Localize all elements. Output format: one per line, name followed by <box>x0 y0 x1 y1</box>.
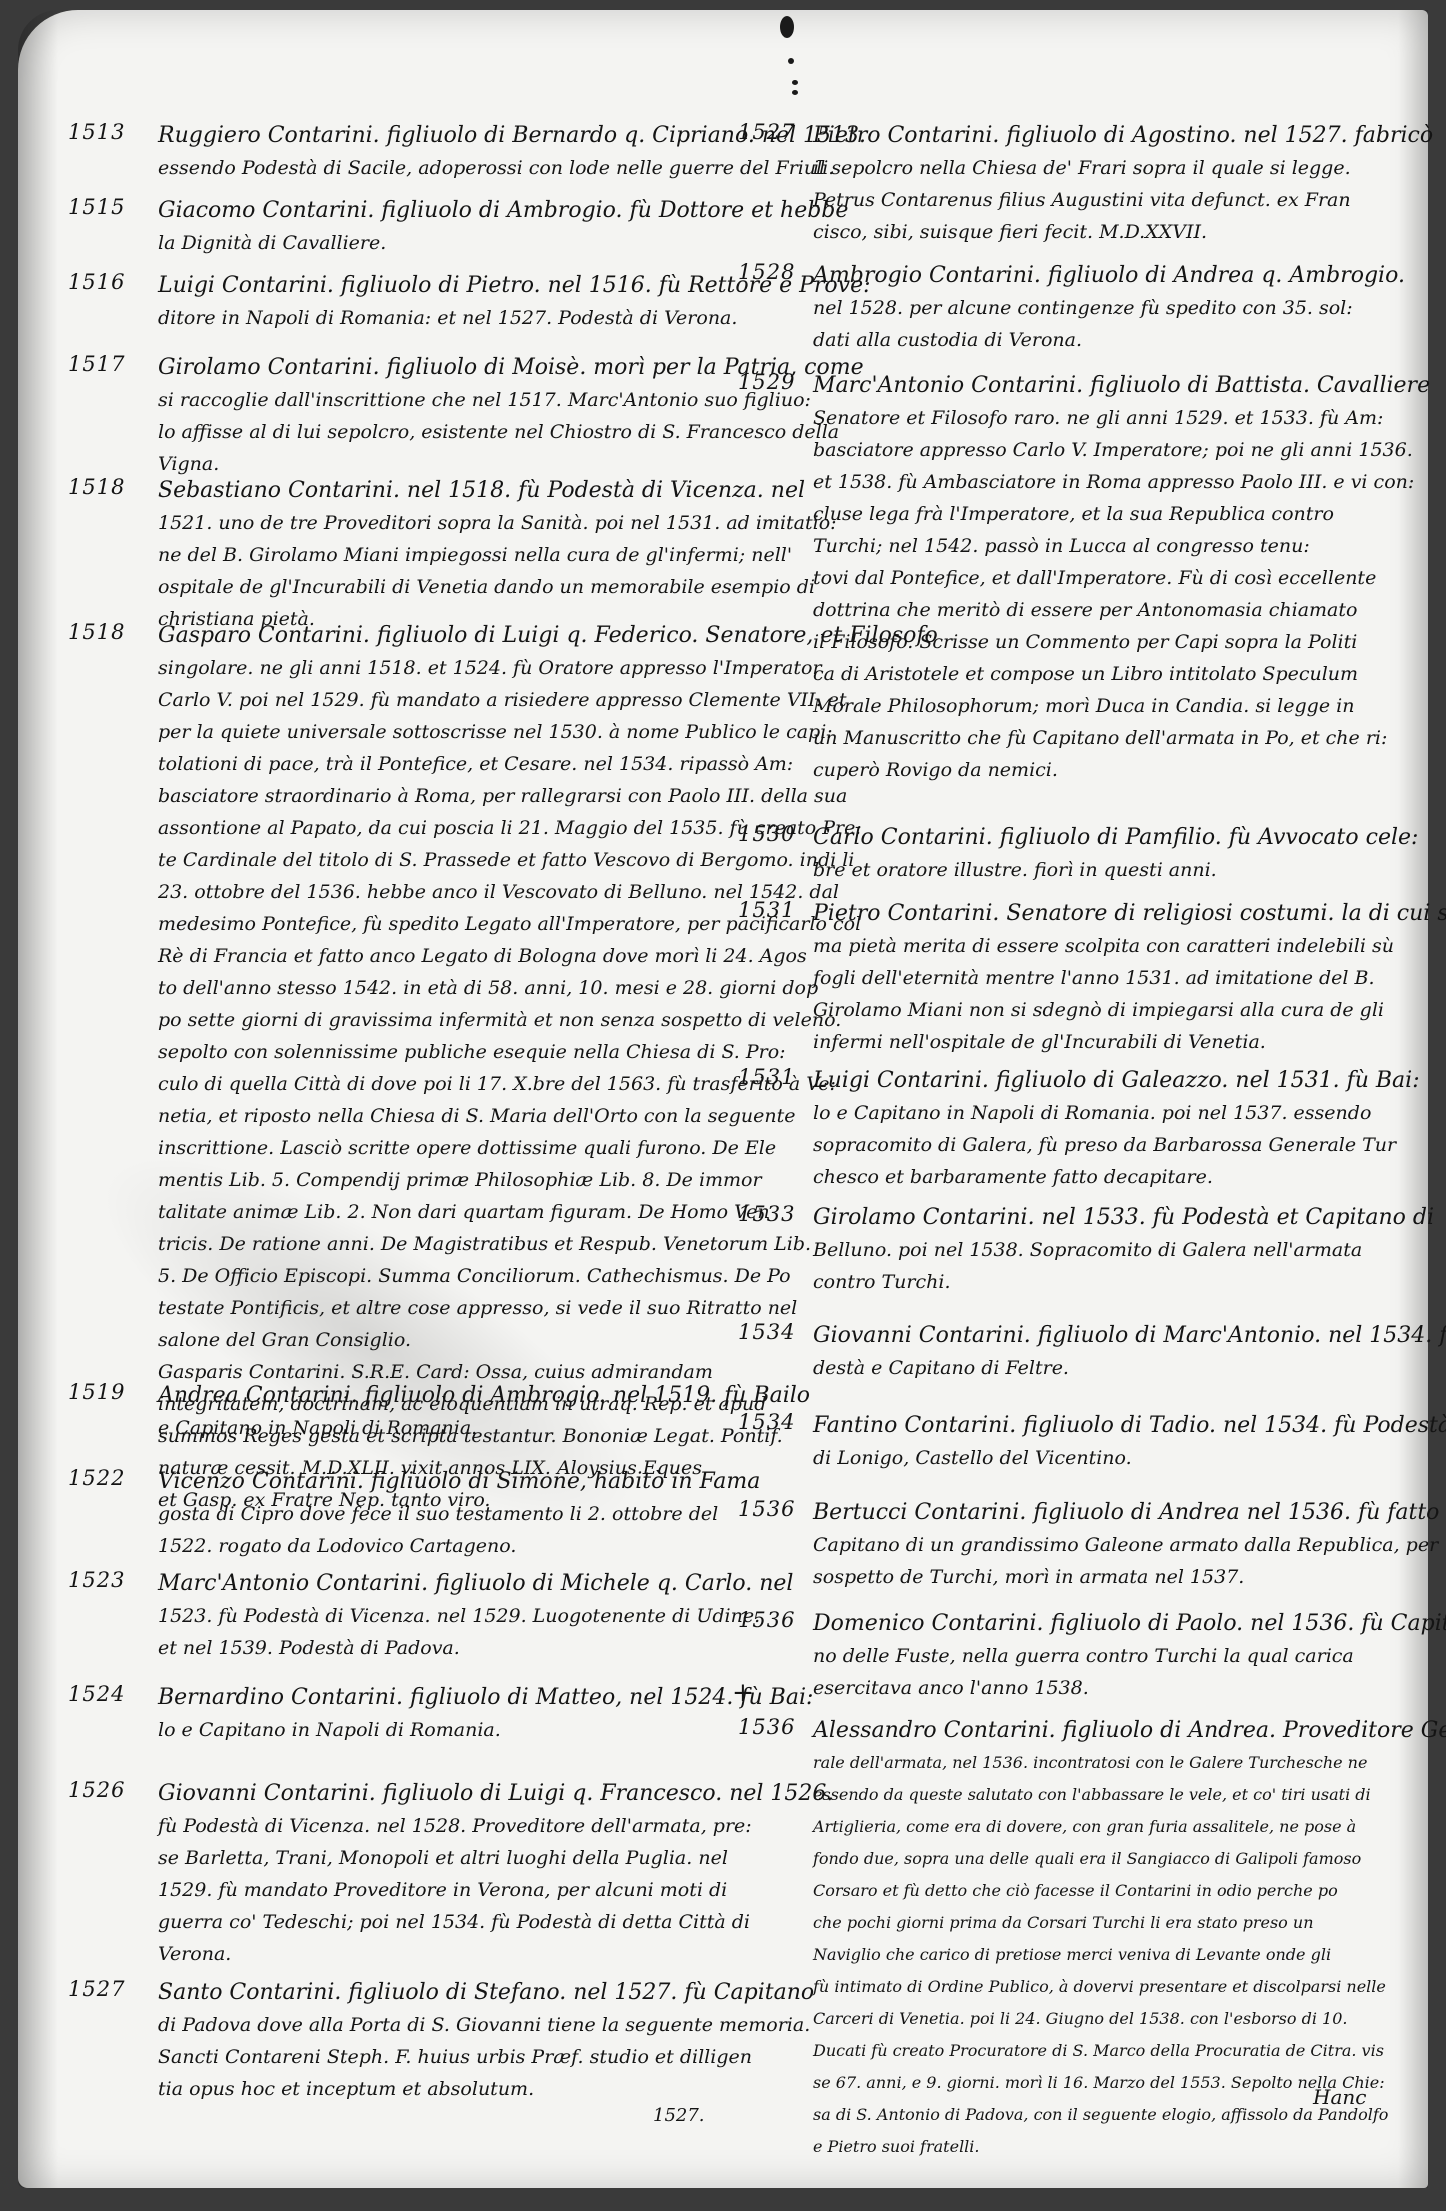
entry-line: 1521. uno de tre Proveditori sopra la Sa… <box>158 507 837 539</box>
entry-line: cluse lega frà l'Imperatore, et la sua R… <box>813 498 1430 530</box>
entry-line: ca di Aristotele et compose un Libro int… <box>813 658 1430 690</box>
register-entry: 1531 Pietro Contarini. Senatore di relig… <box>738 898 1446 1058</box>
entry-line: di Lonigo, Castello del Vicentino. <box>813 1442 1446 1474</box>
entry-line: che pochi giorni prima da Corsari Turchi… <box>813 1907 1446 1939</box>
register-entry: 1528 Ambrogio Contarini. figliuolo di An… <box>738 260 1405 356</box>
cross-mark-icon: + <box>732 1678 754 1708</box>
register-entry: 1534 Giovanni Contarini. figliuolo di Ma… <box>738 1320 1446 1384</box>
entry-line: Girolamo Miani non si sdegnò di impiegar… <box>813 994 1446 1026</box>
entry-year: 1518 <box>68 620 125 644</box>
register-entry: 1527 Santo Contarini. figliuolo di Stefa… <box>68 1977 814 2105</box>
entry-line: e Pietro suoi fratelli. <box>813 2131 1446 2163</box>
entry-line: tovi dal Pontefice, et dall'Imperatore. … <box>813 562 1430 594</box>
entry-year: 1513 <box>68 120 125 144</box>
entry-line: no delle Fuste, nella guerra contro Turc… <box>813 1640 1446 1672</box>
entry-year: 1518 <box>68 475 125 499</box>
entry-line: basciatore appresso Carlo V. Imperatore;… <box>813 434 1430 466</box>
entry-year: 1523 <box>68 1568 125 1592</box>
register-entry: 1527 Pietro Contarini. figliuolo di Agos… <box>738 120 1433 248</box>
entry-line: essendo da queste salutato con l'abbassa… <box>813 1779 1446 1811</box>
register-entry: 1533 Girolamo Contarini. nel 1533. fù Po… <box>738 1202 1434 1298</box>
entry-line: fù Podestà di Vicenza. nel 1528. Provedi… <box>158 1810 833 1842</box>
entry-line: fogli dell'eternità mentre l'anno 1531. … <box>813 962 1446 994</box>
entry-line: Sebastiano Contarini. nel 1518. fù Podes… <box>158 475 837 507</box>
entry-line: cuperò Rovigo da nemici. <box>813 754 1430 786</box>
entry-line: il Filosofo. Scrisse un Commento per Cap… <box>813 626 1430 658</box>
entry-line: Vicenzo Contarini. figliuolo di Simone, … <box>158 1466 760 1498</box>
catchword: Hanc <box>1313 2085 1366 2109</box>
entry-year: 1527 <box>738 120 795 144</box>
entry-line: Bertucci Contarini. figliuolo di Andrea … <box>813 1497 1439 1529</box>
entry-year: 1526 <box>68 1778 125 1802</box>
entry-line: Corsaro et fù detto che ciò facesse il C… <box>813 1875 1446 1907</box>
entry-line: Giovanni Contarini. figliuolo di Marc'An… <box>813 1320 1446 1352</box>
entry-year: 1524 <box>68 1682 125 1706</box>
entry-year: 1531 <box>738 898 795 922</box>
register-entry: 1526 Giovanni Contarini. figliuolo di Lu… <box>68 1778 833 1970</box>
entry-line: di Padova dove alla Porta di S. Giovanni… <box>158 2009 814 2041</box>
entry-line: Fantino Contarini. figliuolo di Tadio. n… <box>813 1410 1446 1442</box>
entry-line: Naviglio che carico di pretiose merci ve… <box>813 1939 1446 1971</box>
entry-line: dottrina che meritò di essere per Antono… <box>813 594 1430 626</box>
entry-year: 1536 <box>738 1608 795 1632</box>
entry-year: 1517 <box>68 352 125 376</box>
register-entry: 1529 Marc'Antonio Contarini. figliuolo d… <box>738 370 1430 786</box>
register-entry: 1536 Domenico Contarini. figliuolo di Pa… <box>738 1608 1446 1704</box>
entry-line: dati alla custodia di Verona. <box>813 324 1405 356</box>
entry-year: 1536 <box>738 1715 795 1739</box>
entry-line: et 1538. fù Ambasciatore in Roma appress… <box>813 466 1430 498</box>
entry-line: contro Turchi. <box>813 1266 1434 1298</box>
entry-line: Pietro Contarini. figliuolo di Agostino.… <box>813 120 1433 152</box>
entry-line: gosta di Cipro dove fece il suo testamen… <box>158 1498 760 1530</box>
inscription-line: tia opus hoc et inceptum et absolutum. <box>158 2073 814 2105</box>
entry-line: Ambrogio Contarini. figliuolo di Andrea … <box>813 260 1405 292</box>
entry-year: 1533 <box>738 1202 795 1226</box>
entry-line: e Capitano in Napoli di Romania. <box>158 1412 810 1444</box>
entry-line: chesco et barbaramente fatto decapitare. <box>813 1161 1420 1193</box>
entry-line: lo e Capitano in Napoli di Romania. poi … <box>813 1097 1420 1129</box>
entry-line: Luigi Contarini. figliuolo di Galeazzo. … <box>813 1065 1420 1097</box>
entry-line: Carlo Contarini. figliuolo di Pamfilio. … <box>813 822 1418 854</box>
entry-line: bre et oratore illustre. fiorì in questi… <box>813 854 1418 886</box>
entry-line: Andrea Contarini. figliuolo di Ambrogio.… <box>158 1380 810 1412</box>
entry-year: 1536 <box>738 1497 795 1521</box>
entry-line: il sepolcro nella Chiesa de' Frari sopra… <box>813 152 1433 184</box>
entry-year: 1530 <box>738 822 795 846</box>
register-entry: 1524 Bernardino Contarini. figliuolo di … <box>68 1682 813 1746</box>
register-entry: 1530 Carlo Contarini. figliuolo di Pamfi… <box>738 822 1418 886</box>
ink-dot <box>792 90 798 95</box>
ink-dot <box>792 80 798 85</box>
inscription-line: Sancti Contareni Steph. F. huius urbis P… <box>158 2041 814 2073</box>
register-entry: 1515 Giacomo Contarini. figliuolo di Amb… <box>68 195 848 259</box>
entry-line: Alessandro Contarini. figliuolo di Andre… <box>813 1715 1446 1747</box>
entry-year: 1528 <box>738 260 795 284</box>
entry-line: Marc'Antonio Contarini. figliuolo di Mic… <box>158 1568 793 1600</box>
entry-line: ospitale de gl'Incurabili di Venetia dan… <box>158 571 837 603</box>
entry-line: 1522. rogato da Lodovico Cartageno. <box>158 1530 760 1562</box>
entry-line: lo e Capitano in Napoli di Romania. <box>158 1714 813 1746</box>
entry-line: Verona. <box>158 1938 833 1970</box>
register-entry: 1522 Vicenzo Contarini. figliuolo di Sim… <box>68 1466 760 1562</box>
epitaph-line: cisco, sibi, suisque fieri fecit. M.D.XX… <box>813 216 1433 248</box>
entry-line: Girolamo Contarini. nel 1533. fù Podestà… <box>813 1202 1434 1234</box>
entry-year: 1534 <box>738 1410 795 1434</box>
epitaph-line: Petrus Contarenus filius Augustini vita … <box>813 184 1433 216</box>
entry-line: Marc'Antonio Contarini. figliuolo di Bat… <box>813 370 1430 402</box>
ink-blot <box>780 16 794 38</box>
entry-line: Carceri di Venetia. poi li 24. Giugno de… <box>813 2003 1446 2035</box>
register-entry: 1536 Bertucci Contarini. figliuolo di An… <box>738 1497 1439 1593</box>
register-entry: 1531 Luigi Contarini. figliuolo di Galea… <box>738 1065 1420 1193</box>
entry-line: Capitano di un grandissimo Galeone armat… <box>813 1529 1439 1561</box>
entry-line: sopracomito di Galera, fù preso da Barba… <box>813 1129 1420 1161</box>
entry-line: Giovanni Contarini. figliuolo di Luigi q… <box>158 1778 833 1810</box>
entry-line: Domenico Contarini. figliuolo di Paolo. … <box>813 1608 1446 1640</box>
register-entry: 1534 Fantino Contarini. figliuolo di Tad… <box>738 1410 1446 1474</box>
entry-line: Santo Contarini. figliuolo di Stefano. n… <box>158 1977 814 2009</box>
entry-line: Senatore et Filosofo raro. ne gli anni 1… <box>813 402 1430 434</box>
entry-line: fù intimato di Ordine Publico, à dovervi… <box>813 1971 1446 2003</box>
entry-line: et nel 1539. Podestà di Padova. <box>158 1632 793 1664</box>
entry-year: 1522 <box>68 1466 125 1490</box>
entry-year: 1519 <box>68 1380 125 1404</box>
entry-line: Turchi; nel 1542. passò in Lucca al cong… <box>813 530 1430 562</box>
manuscript-page: 1513 Ruggiero Contarini. figliuolo di Be… <box>18 10 1428 2188</box>
entry-line: destà e Capitano di Feltre. <box>813 1352 1446 1384</box>
register-entry: 1523 Marc'Antonio Contarini. figliuolo d… <box>68 1568 793 1664</box>
entry-year: 1531 <box>738 1065 795 1089</box>
register-entry: 1519 Andrea Contarini. figliuolo di Ambr… <box>68 1380 810 1444</box>
entry-line: ma pietà merita di essere scolpita con c… <box>813 930 1446 962</box>
entry-line: fondo due, sopra una delle quali era il … <box>813 1843 1446 1875</box>
entry-line: Pietro Contarini. Senatore di religiosi … <box>813 898 1446 930</box>
entry-line: un Manuscritto che fù Capitano dell'arma… <box>813 722 1430 754</box>
entry-line: Ducati fù creato Procuratore di S. Marco… <box>813 2035 1446 2067</box>
entry-year: 1527 <box>68 1977 125 2001</box>
entry-line: 1529. fù mandato Proveditore in Verona, … <box>158 1874 833 1906</box>
ink-dot <box>788 58 794 64</box>
entry-line: sospetto de Turchi, morì in armata nel 1… <box>813 1561 1439 1593</box>
entry-line: Bernardino Contarini. figliuolo di Matte… <box>158 1682 813 1714</box>
entry-line: ne del B. Girolamo Miani impiegossi nell… <box>158 539 837 571</box>
entry-line: se Barletta, Trani, Monopoli et altri lu… <box>158 1842 833 1874</box>
entry-line: guerra co' Tedeschi; poi nel 1534. fù Po… <box>158 1906 833 1938</box>
entry-line: Belluno. poi nel 1538. Sopracomito di Ga… <box>813 1234 1434 1266</box>
footer-year: 1527. <box>653 2105 705 2126</box>
entry-line: infermi nell'ospitale de gl'Incurabili d… <box>813 1026 1446 1058</box>
entry-year: 1529 <box>738 370 795 394</box>
entry-year: 1515 <box>68 195 125 219</box>
entry-line: nel 1528. per alcune contingenze fù sped… <box>813 292 1405 324</box>
entry-year: 1534 <box>738 1320 795 1344</box>
register-entry: 1518 Sebastiano Contarini. nel 1518. fù … <box>68 475 837 635</box>
entry-year: 1516 <box>68 270 125 294</box>
entry-line: Artiglieria, come era di dovere, con gra… <box>813 1811 1446 1843</box>
entry-line: Morale Philosophorum; morì Duca in Candi… <box>813 690 1430 722</box>
entry-line: rale dell'armata, nel 1536. incontratosi… <box>813 1747 1446 1779</box>
entry-line: 1523. fù Podestà di Vicenza. nel 1529. L… <box>158 1600 793 1632</box>
entry-line: esercitava anco l'anno 1538. <box>813 1672 1446 1704</box>
